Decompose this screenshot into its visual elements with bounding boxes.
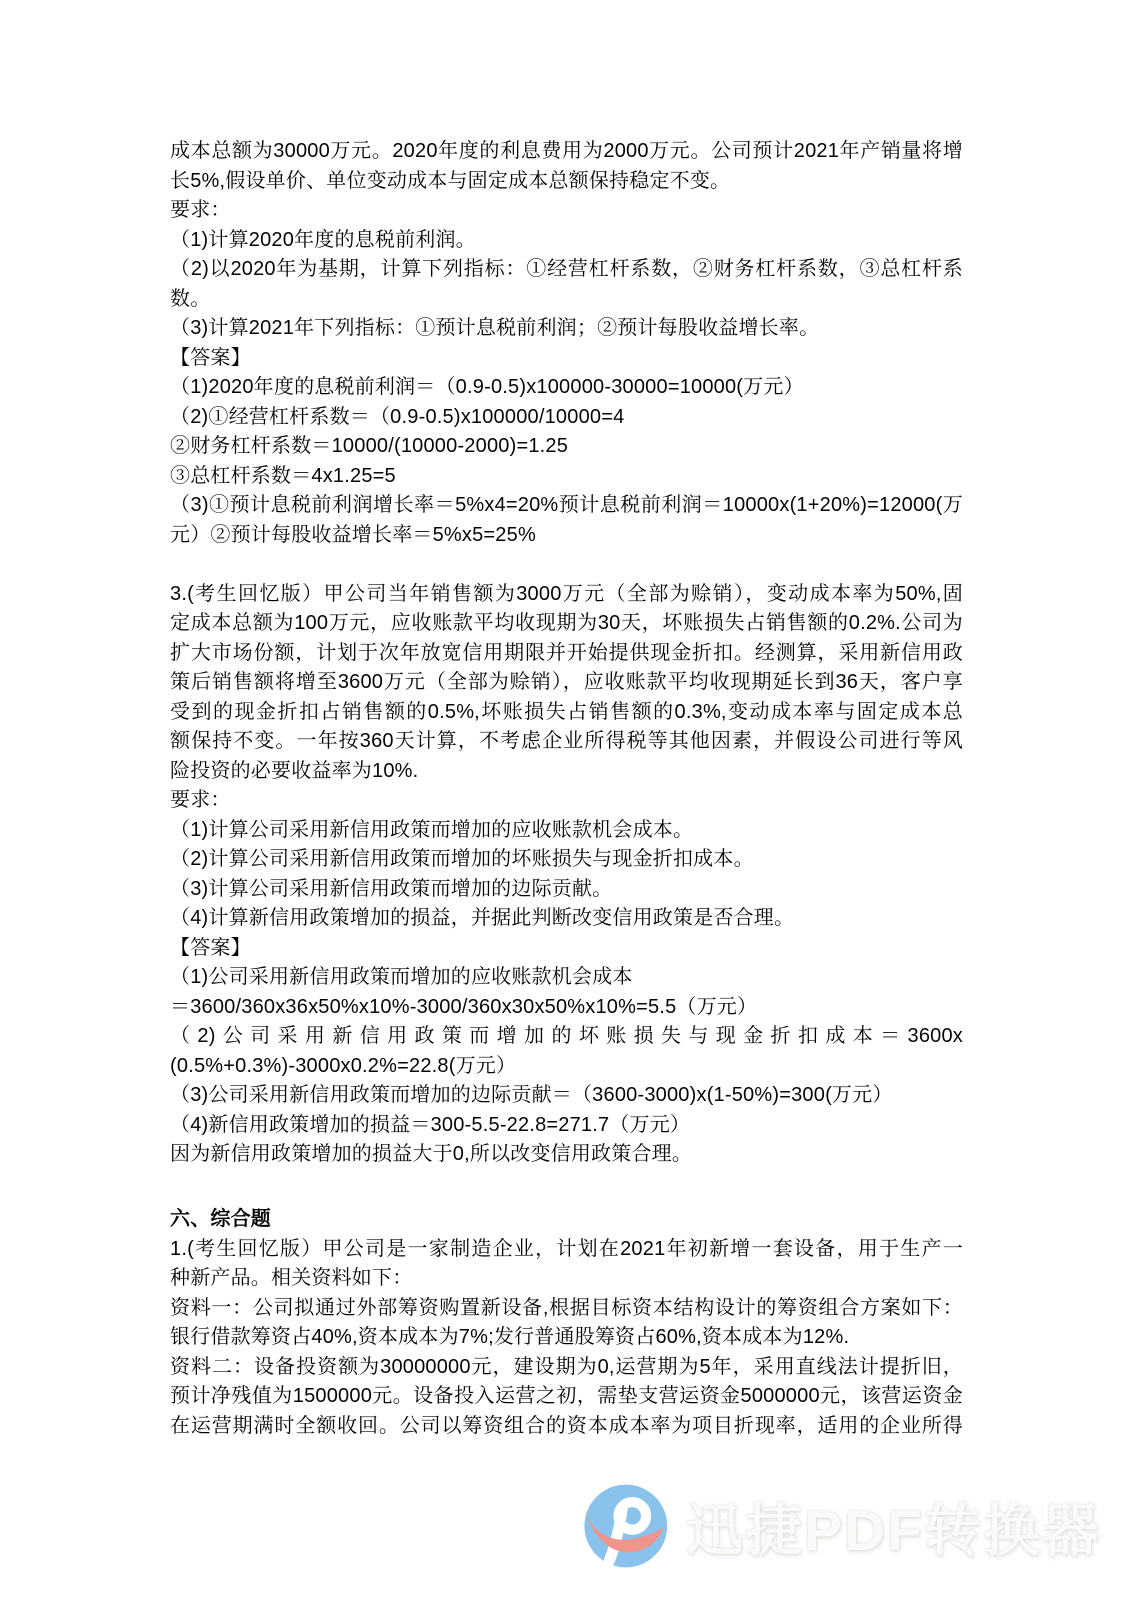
pdf-converter-logo-icon	[578, 1480, 670, 1572]
watermark: 迅捷PDF转换器	[578, 1480, 1101, 1572]
text-line: 数。	[170, 285, 963, 315]
text-line: 3.(考生回忆版）甲公司当年销售额为3000万元（全部为赊销），变动成本率为50…	[170, 580, 963, 610]
text-line: （1)计算2020年度的息税前利润。	[170, 226, 963, 256]
text-line: 六、综合题	[170, 1205, 963, 1235]
text-line: （2)以2020年为基期，计算下列指标：①经营杠杆系数，②财务杠杆系数，③总杠杆…	[170, 255, 963, 285]
text-line: ＝3600/360x36x50%x10%-3000/360x30x50%x10%…	[170, 993, 963, 1023]
text-line: 长5%,假设单价、单位变动成本与固定成本总额保持稳定不变。	[170, 167, 963, 197]
text-line: 【答案】	[170, 934, 963, 964]
text-line: （1)公司采用新信用政策而增加的应收账款机会成本	[170, 963, 963, 993]
text-line: （1)2020年度的息税前利润＝（0.9-0.5)x100000-30000=1…	[170, 373, 963, 403]
document-text: 成本总额为30000万元。2020年度的利息费用为2000万元。公司预计2021…	[170, 137, 963, 1441]
text-line: 预计净残值为1500000元。设备投入运营之初，需垫支营运资金5000000元，…	[170, 1382, 963, 1412]
text-line: 受到的现金折扣占销售额的0.5%,坏账损失占销售额的0.3%,变动成本率与固定成…	[170, 698, 963, 728]
text-line: 险投资的必要收益率为10%.	[170, 757, 963, 787]
text-line: （3)计算2021年下列指标：①预计息税前利润；②预计每股收益增长率。	[170, 314, 963, 344]
text-line: （2)计算公司采用新信用政策而增加的坏账损失与现金折扣成本。	[170, 845, 963, 875]
text-line: （1)计算公司采用新信用政策而增加的应收账款机会成本。	[170, 816, 963, 846]
text-line: 元）②预计每股收益增长率＝5%x5=25%	[170, 521, 963, 551]
text-line: 【答案】	[170, 344, 963, 374]
text-line: 1.(考生回忆版）甲公司是一家制造企业，计划在2021年初新增一套设备，用于生产…	[170, 1235, 963, 1265]
text-line: ③总杠杆系数＝4x1.25=5	[170, 462, 963, 492]
document-page: { "document": { "lines": [ {"text": "成本总…	[0, 0, 1131, 1600]
text-line: 因为新信用政策增加的损益大于0,所以改变信用政策合理。	[170, 1140, 963, 1170]
text-line: 要求：	[170, 196, 963, 226]
text-line: 资料一：公司拟通过外部筹资购置新设备,根据目标资本结构设计的筹资组合方案如下：	[170, 1294, 963, 1324]
text-line: ②财务杠杆系数＝10000/(10000-2000)=1.25	[170, 432, 963, 462]
text-line: （4)计算新信用政策增加的损益，并据此判断改变信用政策是否合理。	[170, 904, 963, 934]
text-line: 要求：	[170, 786, 963, 816]
text-line: （3)公司采用新信用政策而增加的边际贡献＝（3600-3000)x(1-50%)…	[170, 1081, 963, 1111]
text-line: （4)新信用政策增加的损益＝300-5.5-22.8=271.7（万元）	[170, 1111, 963, 1141]
text-line: 额保持不变。一年按360天计算，不考虑企业所得税等其他因素，并假设公司进行等风	[170, 727, 963, 757]
watermark-text: 迅捷PDF转换器	[686, 1485, 1101, 1567]
text-line: （3)计算公司采用新信用政策而增加的边际贡献。	[170, 875, 963, 905]
text-line: 银行借款筹资占40%,资本成本为7%;发行普通股筹资占60%,资本成本为12%.	[170, 1323, 963, 1353]
text-line: （3)①预计息税前利润增长率＝5%x4=20%预计息税前利润＝10000x(1+…	[170, 491, 963, 521]
text-line: （2)①经营杠杆系数＝（0.9-0.5)x100000/10000=4	[170, 403, 963, 433]
text-line: 种新产品。相关资料如下：	[170, 1264, 963, 1294]
text-line: 成本总额为30000万元。2020年度的利息费用为2000万元。公司预计2021…	[170, 137, 963, 167]
text-line: 在运营期满时全额收回。公司以筹资组合的资本成本率为项目折现率，适用的企业所得	[170, 1412, 963, 1442]
text-line: 资料二：设备投资额为30000000元，建设期为0,运营期为5年，采用直线法计提…	[170, 1353, 963, 1383]
text-line: (0.5%+0.3%)-3000x0.2%=22.8(万元）	[170, 1052, 963, 1082]
text-line: 扩大市场份额，计划于次年放宽信用期限并开始提供现金折扣。经测算，采用新信用政	[170, 639, 963, 669]
text-line: 策后销售额将增至3600万元（全部为赊销），应收账款平均收现期延长到36天，客户…	[170, 668, 963, 698]
text-line: （2)公司采用新信用政策而增加的坏账损失与现金折扣成本＝3600x	[170, 1022, 963, 1052]
text-line: 定成本总额为100万元，应收账款平均收现期为30天，坏账损失占销售额的0.2%.…	[170, 609, 963, 639]
